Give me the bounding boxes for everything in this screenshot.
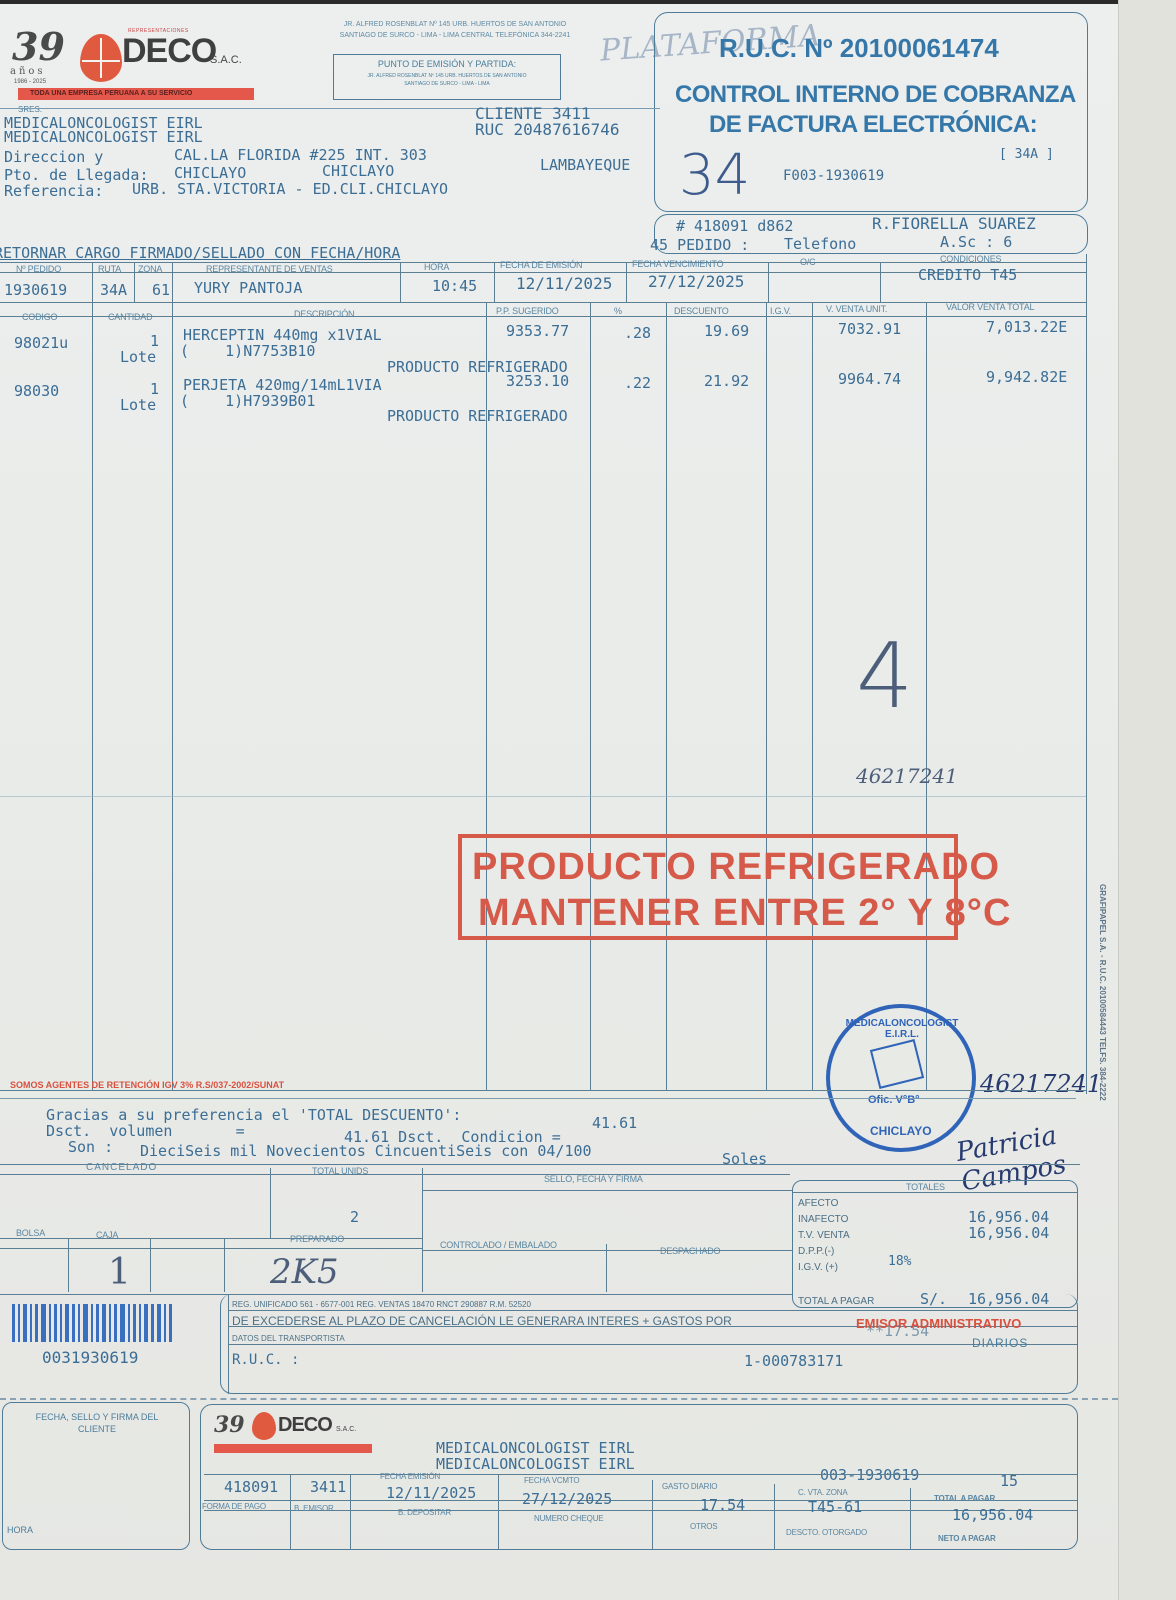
stub-logo: 39 DECO S.A.C. [212,1412,374,1462]
value-pedido: 1930619 [4,281,67,299]
stub-logo-years: 39 [214,1412,245,1438]
preparado-label: PREPARADO [290,1234,344,1244]
value-fecha-vencimiento: 27/12/2025 [648,272,744,291]
order-line2-prefix: 45 PEDIDO : [650,236,749,254]
row1-lot: ( 1)N7753B10 [180,342,315,360]
logo-tagline: TODA UNA EMPRESA PERUANA A SU SERVICIO [18,88,254,97]
client-code-block: CLIENTE 3411 RUC 20487616746 [475,106,620,138]
controlado-label: CONTROLADO / EMBALADO [440,1240,557,1250]
reference-label: Referencia: [4,182,103,200]
stub-descto-label: DESCTO. OTORGADO [786,1528,867,1537]
bolsa-label: BOLSA [16,1228,45,1238]
col-v-venta-unit: V. VENTA UNIT. [826,304,887,314]
cancelado-label: CANCELADO [86,1162,157,1173]
client-ruc: RUC 20487616746 [475,122,620,138]
row2-code: 98030 [14,382,59,400]
order-asc: A.Sc : 6 [940,233,1012,251]
client-seal: MEDICALONCOLOGIST E.I.R.L. Ofic. V°B° CH… [826,1004,976,1152]
stub-doc-number: 003-1930619 [820,1466,919,1484]
route-tag: [ 34A ] [999,147,1054,162]
despachado-label: DESPACHADO [660,1246,720,1256]
label-fecha-emision: FECHA DE EMISIÓN [500,260,582,270]
amount-in-words: DieciSeis mil Novecientos CincuentiSeis … [140,1142,592,1160]
hora-label: HORA [7,1525,33,1535]
customer-block: MEDICALONCOLOGIST EIRL MEDICALONCOLOGIST… [4,116,203,144]
drop-logo-icon [80,34,122,82]
col-descuento: DESCUENTO [674,306,729,316]
stub-gasto-value: 17.54 [700,1496,745,1514]
issuer-address-line1: JR. ALFRED ROSENBLAT Nº 145 URB. HUERTOS… [300,19,610,30]
stub-order-number: 418091 [224,1478,278,1496]
igv-label: I.G.V. (+) [798,1260,850,1276]
col-cantidad: CANTIDAD [108,312,152,322]
value-ruta: 34A [100,281,127,299]
logo-years-range: 1986 - 2025 [14,79,46,85]
order-channel: Telefono [784,235,856,253]
ruc-box: R.U.C. Nº 20100061474 CONTROL INTERNO DE… [654,12,1088,212]
col-descripcion: DESCRIPCIÓN [294,309,354,319]
row2-pct: .22 [624,374,651,392]
stub-forma-pago-label: FORMA DE PAGO [202,1502,266,1511]
seal-emblem-icon [870,1039,924,1089]
address-label: Direccion y [4,148,103,166]
emission-point-line2: SANTIAGO DE SURCO - LIMA - LIMA [334,81,560,87]
legal-box [220,1294,1078,1394]
arrival-city-2: CHICLAYO [322,162,394,180]
row2-unit-value: 9964.74 [838,370,901,388]
stub-zona-value: T45-61 [808,1498,862,1516]
row1-code: 98021u [14,334,68,352]
row2-discount: 21.92 [704,372,749,390]
stub-customer: MEDICALONCOLOGIST EIRL MEDICALONCOLOGIST… [436,1440,635,1472]
row2-total-value: 9,942.82E [986,368,1067,386]
stub-total-value: 16,956.04 [952,1506,1033,1524]
ruc-number: R.U.C. Nº 20100061474 [719,33,999,64]
stub-zona-label: C. VTA. ZONA [798,1488,847,1497]
stub-cheque-label: NUMERO CHEQUE [534,1514,603,1523]
issuer-address-line2: SANTIAGO DE SURCO - LIMA - LIMA CENTRAL … [300,30,610,41]
handwritten-dni-2: 46217241 [980,1070,1102,1098]
perforation-line [0,1398,1118,1400]
caja-label: CAJA [96,1230,118,1240]
stub-logo-brand: DECO [278,1414,332,1437]
emission-point-box: PUNTO DE EMISIÓN Y PARTIDA: JR. ALFRED R… [333,54,561,100]
stub-neto-label: NETO A PAGAR [938,1534,996,1543]
total-units-label: TOTAL UNIDS [312,1166,368,1176]
photo-background-right [1118,0,1176,1600]
logo-years-sub: años [10,66,46,77]
handwritten-route: 34 [679,143,750,208]
row2-lot-label: Lote [120,396,156,414]
logo-tagline-bar: TODA UNA EMPRESA PERUANA A SU SERVICIO [18,88,254,100]
printer-note: GRAFIPAPEL S.A. - R.U.C. 20100584443 Tel… [1098,884,1107,1101]
refrigerated-stamp: PRODUCTO REFRIGERADO MANTENER ENTRE 2° Y… [458,834,958,940]
label-hora: HORA [424,262,449,272]
doc-title-1: CONTROL INTERNO DE COBRANZA [675,81,1076,109]
return-notice: RETORNAR CARGO FIRMADO/SELLADO CON FECHA… [0,244,400,262]
issuer-address: JR. ALFRED ROSENBLAT Nº 145 URB. HUERTOS… [300,19,610,41]
tv-venta-label: T.V. VENTA [798,1228,850,1244]
stub-b-emisor-label: B. EMISOR [294,1504,334,1513]
stub-emision-label: FECHA EMISIÓN [380,1472,440,1481]
row2-lot: ( 1)H7939B01 [180,392,315,410]
order-reference: # 418091 d862 [676,217,793,235]
retention-notice: SOMOS AGENTES DE RETENCIÓN IGV 3% R.S/03… [10,1080,284,1090]
barcode-number: 0031930619 [42,1348,138,1367]
caja-value: 1 [108,1252,131,1293]
seal-center-text: Ofic. V°B° [868,1094,920,1106]
customer-name-2: MEDICALONCOLOGIST EIRL [4,130,203,144]
total-discount-value: 41.61 [592,1114,637,1132]
seller-contact: R.FIORELLA SUAREZ [872,214,1036,233]
stub-otros-label: OTROS [690,1522,717,1531]
logo-brand: DECO [122,32,216,71]
label-zona: ZONA [138,264,162,274]
stub-gasto-label: GASTO DIARIO [662,1482,717,1491]
totals-title: TOTALES [906,1182,945,1192]
label-fecha-vencimiento: FECHA VENCIMIENTO [632,259,723,269]
label-ruta: RUTA [98,264,121,274]
row1-pct: .28 [624,324,651,342]
emission-point-line1: JR. ALFRED ROSENBLAT Nº 145 URB. HUERTOS… [334,73,560,79]
row1-discount: 19.69 [704,322,749,340]
label-condiciones: CONDICIONES [940,254,1001,264]
igv-rate: 18% [888,1254,911,1269]
col-pp-sugerido: P.P. SUGERIDO [496,306,559,316]
tv-venta-value: 16,956.04 [968,1224,1049,1242]
stub-vcmto-value: 27/12/2025 [522,1490,612,1508]
client-signature-box: FECHA, SELLO Y FIRMA DEL CLIENTE HORA [2,1402,190,1550]
sres-label: SRES. [18,105,42,114]
label-representante: REPRESENTANTE DE VENTAS [206,264,333,274]
invoice-number: F003-1930619 [783,168,884,184]
handwritten-dni-1: 46217241 [856,764,958,788]
row1-pp-sugerido: 9353.77 [506,322,569,340]
seal-bottom-text: CHICLAYO [870,1124,932,1138]
doc-title-2: DE FACTURA ELECTRÓNICA: [709,111,1037,139]
logo-years: 39 [12,24,65,69]
row1-unit-value: 7032.91 [838,320,901,338]
value-hora: 10:45 [432,277,477,295]
inafecto-label: INAFECTO [798,1212,850,1228]
stub-customer-2: MEDICALONCOLOGIST EIRL [436,1456,635,1472]
emission-point-title: PUNTO DE EMISIÓN Y PARTIDA: [334,59,560,69]
customer-region: LAMBAYEQUE [540,156,630,174]
barcode [12,1304,202,1342]
handwritten-check-mark: 4 [856,624,913,729]
stub-vcmto-label: FECHA VCMTO [524,1476,579,1485]
stub-customer-1: MEDICALONCOLOGIST EIRL [436,1440,635,1456]
afecto-label: AFECTO [798,1196,850,1212]
logo-suffix: S.A.C. [210,54,242,66]
stub-logo-suffix: S.A.C. [336,1426,356,1433]
preparado-initials: 2K5 [270,1252,339,1292]
client-box-title: FECHA, SELLO Y FIRMA DEL CLIENTE [27,1411,167,1435]
stub-b-depositar-label: B. DEPOSITAR [398,1508,451,1517]
row2-note: PRODUCTO REFRIGERADO [387,407,568,425]
row1-total-value: 7,013.22E [986,318,1067,336]
customer-reference: URB. STA.VICTORIA - ED.CLI.CHICLAYO [132,180,448,198]
row2-pp-sugerido: 3253.10 [506,372,569,390]
value-fecha-emision: 12/11/2025 [516,274,612,293]
stamp-line-1: PRODUCTO REFRIGERADO [472,846,1000,889]
son-label: Son : [68,1138,113,1156]
row1-lot-label: Lote [120,348,156,366]
sello-fecha-firma-label: SELLO, FECHA Y FIRMA [544,1174,643,1184]
label-pedido: Nº PEDIDO [16,264,61,274]
col-valor-venta-total: VALOR VENTA TOTAL [946,302,1034,312]
stub-total-label: TOTAL A PAGAR [934,1494,995,1503]
company-logo: 39 años 1986 - 2025 REPRESENTACIONES DEC… [10,24,260,102]
value-representante: YURY PANTOJA [194,279,302,297]
col-codigo: CODIGO [22,312,57,322]
stub-tagline-bar [214,1444,372,1453]
stub-client-number: 3411 [310,1478,346,1496]
col-igv: I.G.V. [770,306,791,316]
stamp-line-2: MANTENER ENTRE 2° Y 8°C [478,892,1011,935]
value-zona: 61 [152,281,170,299]
dpp-label: D.P.P.(-) [798,1244,850,1260]
stub-drop-logo-icon [252,1412,276,1440]
stub-emision-value: 12/11/2025 [386,1484,476,1502]
totals-labels: AFECTO INAFECTO T.V. VENTA D.P.P.(-) I.G… [798,1196,850,1276]
label-oc: O/C [800,257,815,267]
total-units-value: 2 [350,1208,359,1226]
invoice-document: 39 años 1986 - 2025 REPRESENTACIONES DEC… [0,4,1118,1600]
value-condiciones: CREDITO T45 [918,266,1017,284]
seal-top-text: MEDICALONCOLOGIST E.I.R.L. [840,1018,964,1040]
currency-label: Soles [722,1150,767,1168]
col-porcentaje: % [614,306,622,316]
